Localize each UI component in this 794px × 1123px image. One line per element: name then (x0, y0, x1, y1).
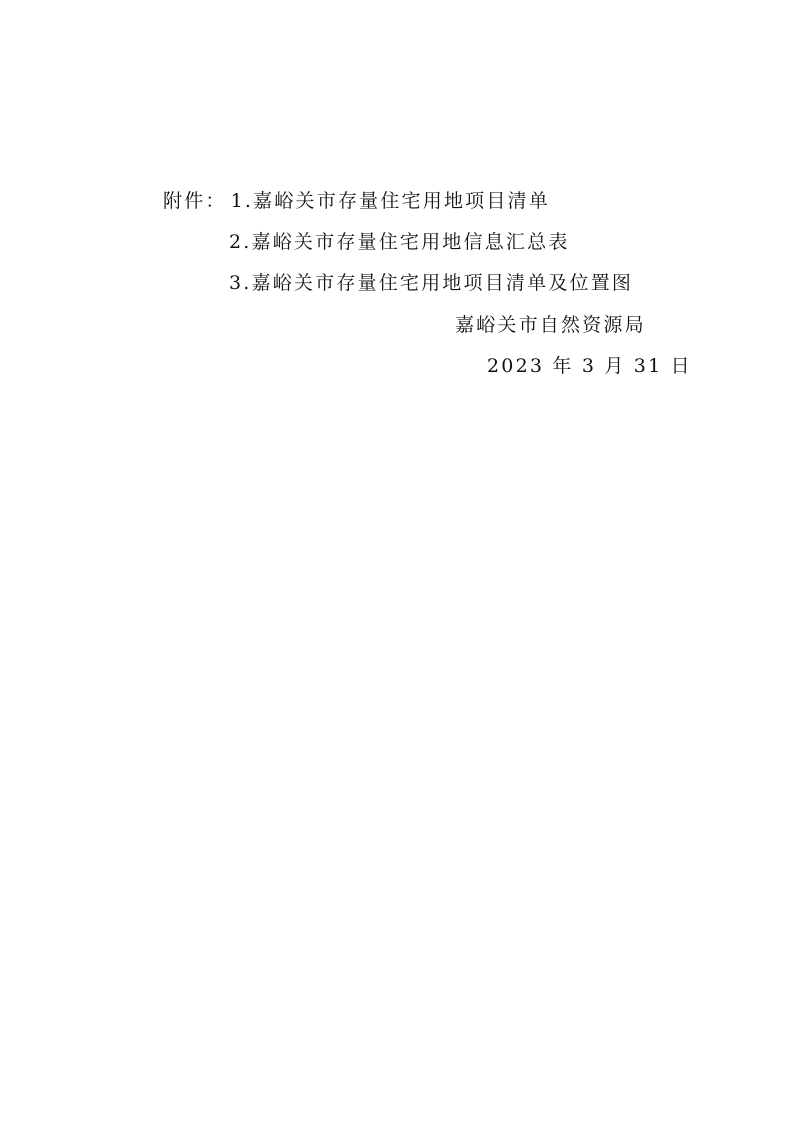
attachment-number: 3. (229, 272, 252, 294)
attachment-title: 嘉峪关市存量住宅用地项目清单及位置图 (252, 272, 634, 294)
attachments-label: 附件： (163, 190, 227, 212)
attachment-title: 嘉峪关市存量住宅用地信息汇总表 (252, 231, 570, 253)
attachment-item-2: 2.嘉峪关市存量住宅用地信息汇总表 (229, 230, 570, 254)
issue-date: 2023 年 3 月 31 日 (487, 354, 692, 378)
attachment-item-3: 3.嘉峪关市存量住宅用地项目清单及位置图 (229, 271, 633, 295)
attachment-number: 2. (229, 231, 252, 253)
attachment-item-1: 附件：1.嘉峪关市存量住宅用地项目清单 (163, 189, 550, 213)
issuing-organization: 嘉峪关市自然资源局 (455, 313, 646, 337)
attachment-number: 1. (231, 190, 254, 212)
attachment-title: 嘉峪关市存量住宅用地项目清单 (253, 190, 550, 212)
